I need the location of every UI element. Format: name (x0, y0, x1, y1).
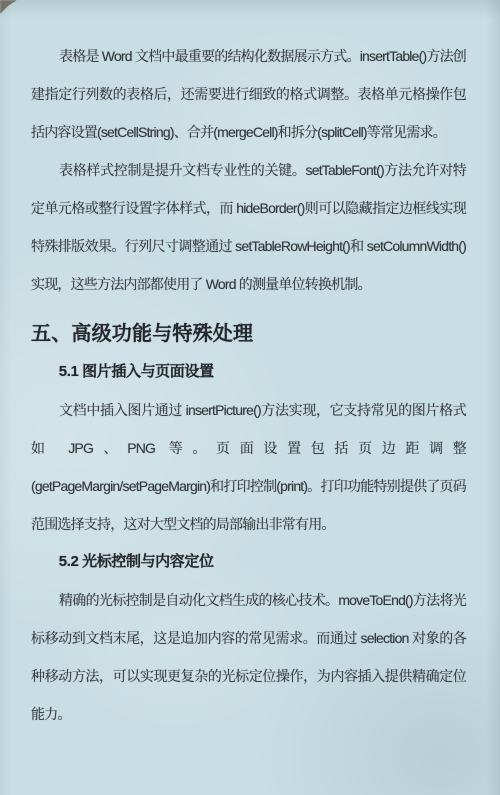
paragraph-table-style-control: 表格样式控制是提升文档专业性的关键。setTableFont()方法允许对特定单… (31, 151, 466, 303)
subsection-heading-5-2-cursor-control: 5.2 光标控制与内容定位 (31, 543, 466, 581)
document-page: 表格是 Word 文档中最重要的结构化数据展示方式。insertTable()方… (0, 0, 500, 795)
subsection-heading-5-1-picture-page-setup: 5.1 图片插入与页面设置 (31, 353, 466, 391)
document-photo: 表格是 Word 文档中最重要的结构化数据展示方式。insertTable()方… (0, 0, 500, 795)
paragraph-table-operations: 表格是 Word 文档中最重要的结构化数据展示方式。insertTable()方… (31, 37, 466, 151)
section-heading-advanced-features: 五、高级功能与特殊处理 (31, 315, 466, 353)
paragraph-picture-insert-page-setup: 文档中插入图片通过 insertPicture()方法实现，它支持常见的图片格式… (31, 391, 466, 543)
paragraph-cursor-control-positioning: 精确的光标控制是自动化文档生成的核心技术。moveToEnd()方法将光标移动到… (31, 581, 466, 733)
